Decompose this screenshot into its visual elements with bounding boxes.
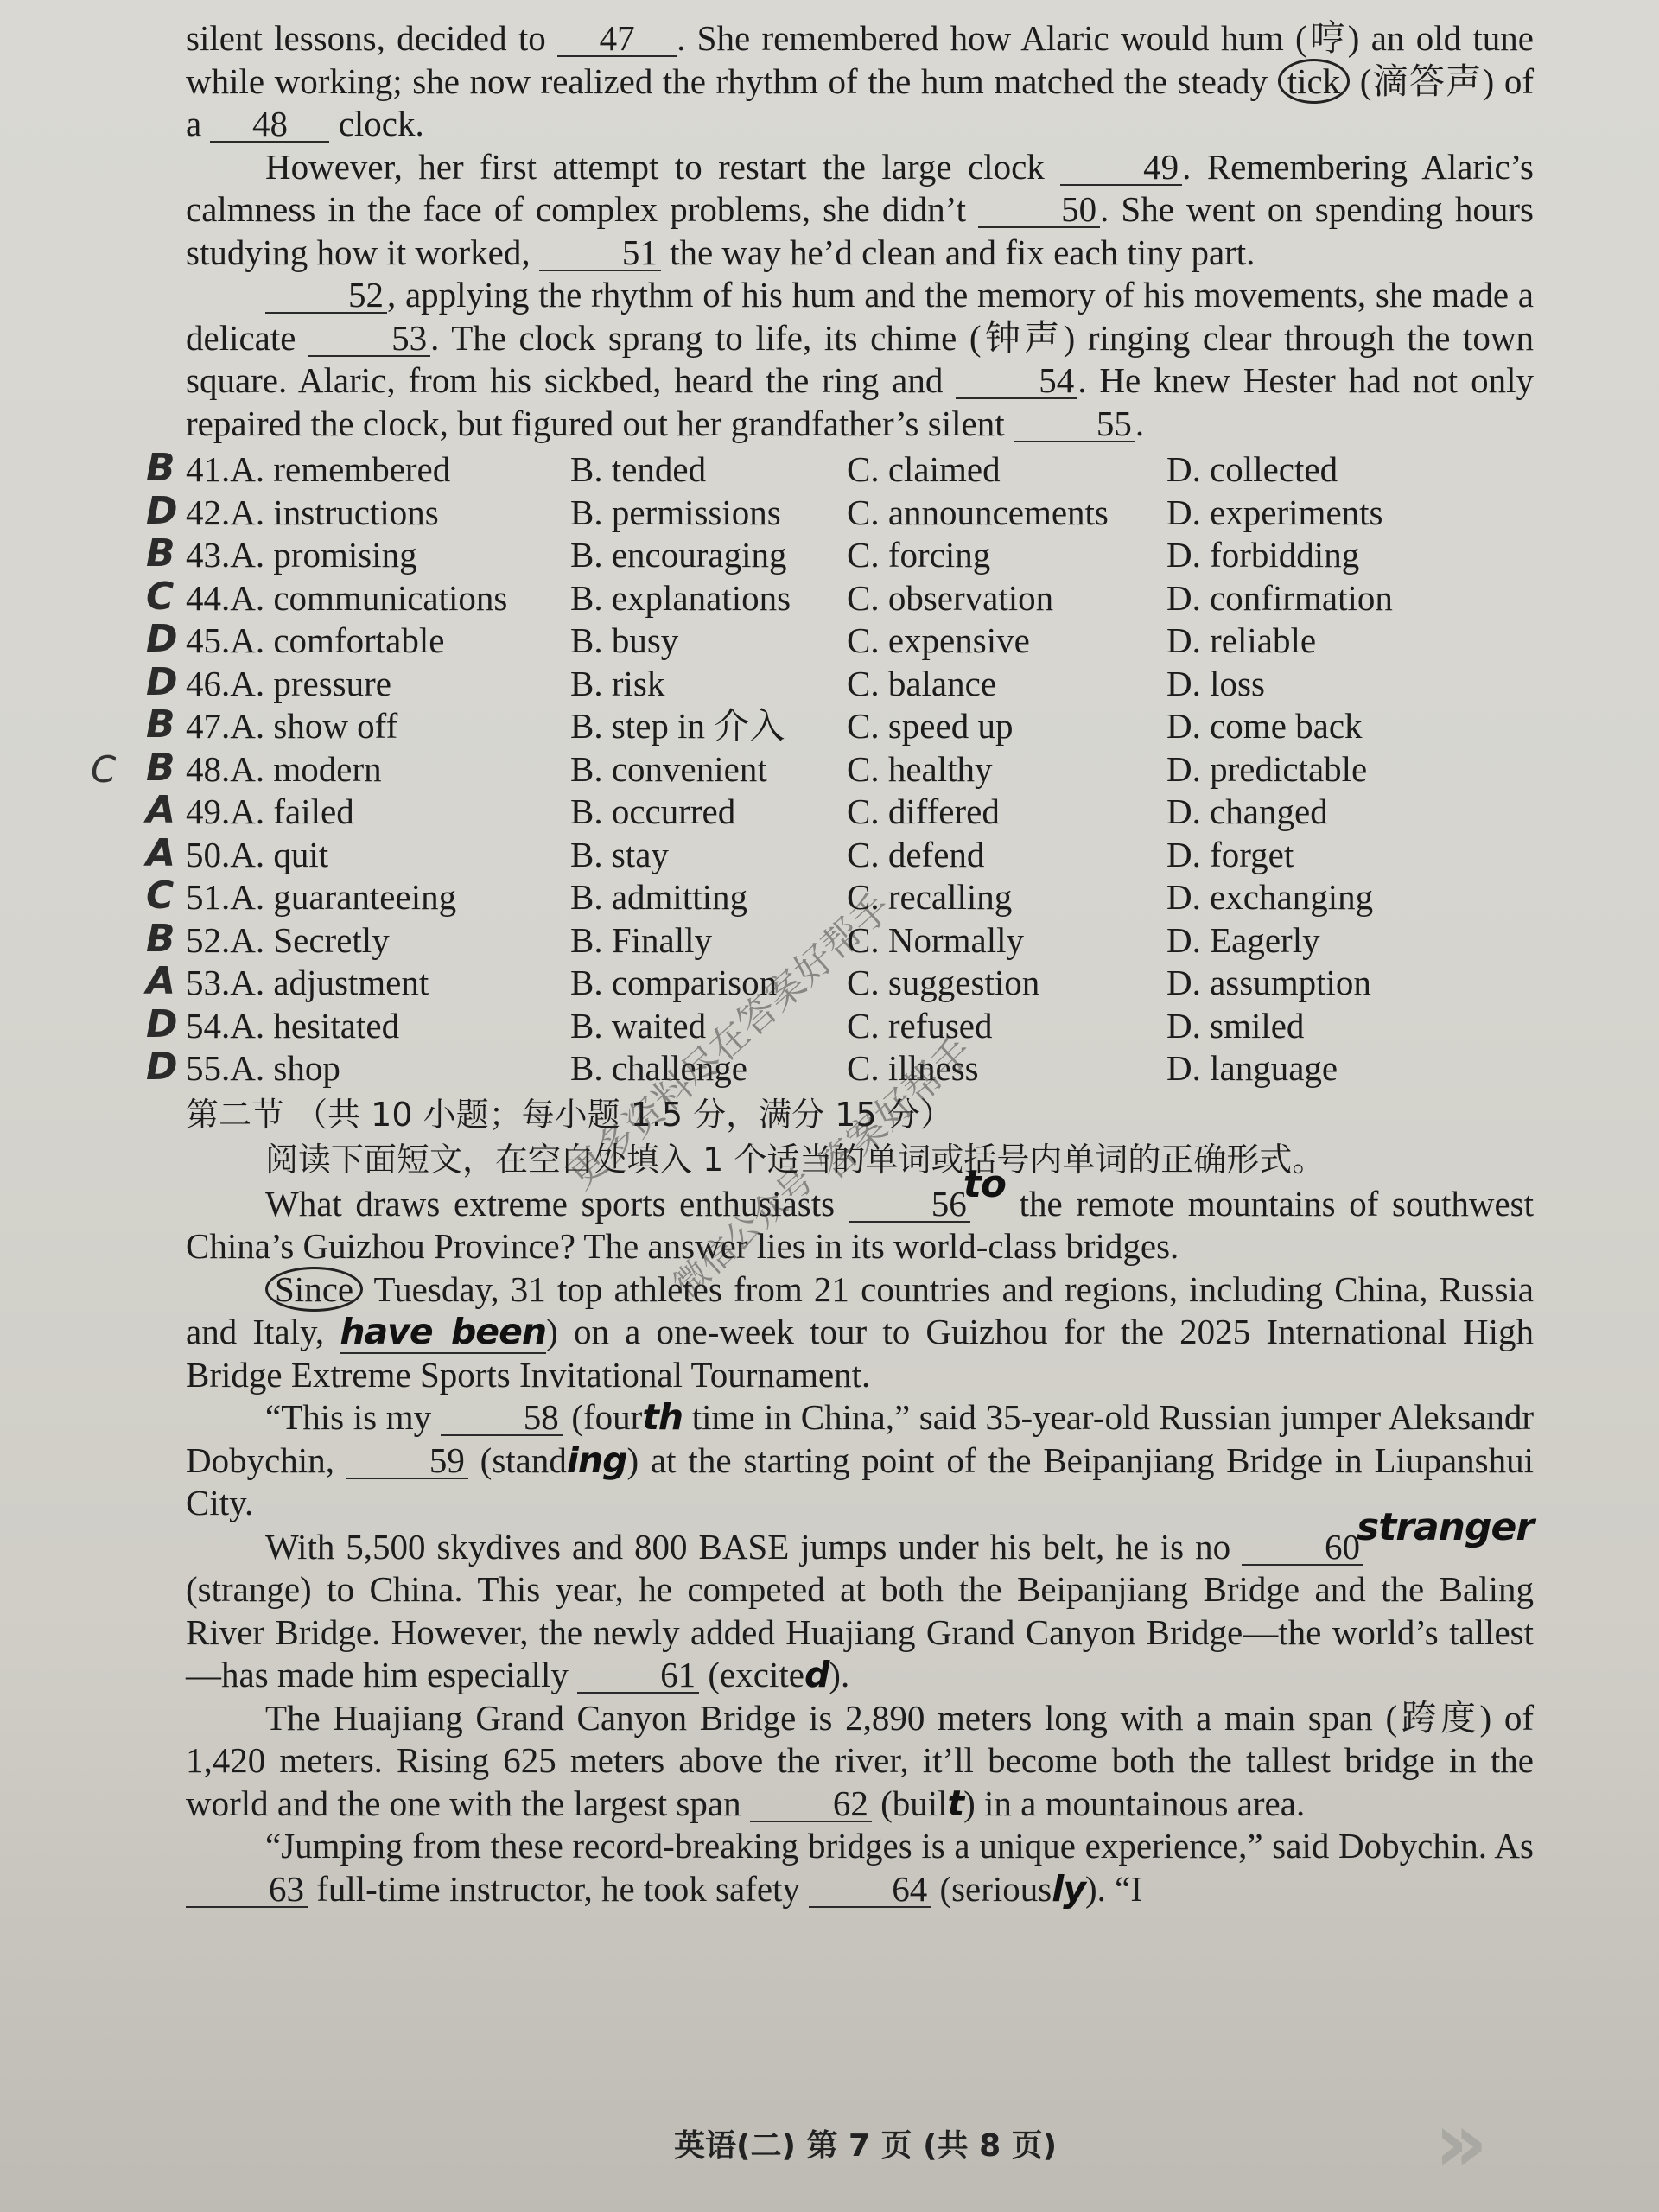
handwritten-answer-58: th bbox=[642, 1396, 683, 1438]
option-row-49: A49.A. failed bbox=[186, 791, 570, 834]
option-a: A. instructions bbox=[230, 493, 438, 532]
option-a: A. Secretly bbox=[230, 920, 389, 960]
option-b: B. tended bbox=[570, 448, 847, 492]
option-d: D. Eagerly bbox=[1166, 919, 1478, 963]
option-a: A. adjustment bbox=[230, 963, 429, 1002]
option-d: D. assumption bbox=[1166, 962, 1478, 1005]
exam-page: silent lessons, decided to 47. She remem… bbox=[186, 17, 1534, 1910]
option-c: C. healthy bbox=[847, 748, 1166, 791]
handwritten-answer-64: ly bbox=[1052, 1868, 1085, 1910]
handwritten-answer-mark: B bbox=[146, 747, 175, 790]
option-row-55: D55.A. shop bbox=[186, 1047, 570, 1090]
passage-a-paragraph-1: silent lessons, decided to 47. She remem… bbox=[186, 17, 1534, 146]
option-b: B. convenient bbox=[570, 748, 847, 791]
answer-options-grid: B41.A. rememberedB. tendedC. claimedD. c… bbox=[186, 448, 1534, 1090]
option-row-48: BC48.A. modern bbox=[186, 748, 570, 791]
option-c: C. recalling bbox=[847, 876, 1166, 919]
question-number: 44. bbox=[186, 578, 230, 618]
handwritten-answer-60: stranger bbox=[1357, 1505, 1534, 1549]
blank-50: 50 bbox=[978, 192, 1100, 228]
question-number: 42. bbox=[186, 493, 230, 532]
blank-56: 56 bbox=[849, 1186, 970, 1223]
option-d: D. experiments bbox=[1166, 492, 1478, 535]
option-b: B. challenge bbox=[570, 1047, 847, 1090]
passage-b-paragraph-5: The Huajiang Grand Canyon Bridge is 2,89… bbox=[186, 1697, 1534, 1826]
blank-55: 55 bbox=[1014, 406, 1135, 442]
passage-b-paragraph-3: “This is my 58 (fourth time in China,” s… bbox=[186, 1396, 1534, 1525]
passage-a-paragraph-3: 52, applying the rhythm of his hum and t… bbox=[186, 274, 1534, 445]
blank-48: 48 bbox=[210, 106, 329, 143]
option-b: B. occurred bbox=[570, 791, 847, 834]
question-number: 52. bbox=[186, 920, 230, 960]
page-footer: 英语(二) 第 7 页 (共 8 页) bbox=[674, 2121, 1057, 2165]
blank-51: 51 bbox=[539, 235, 661, 271]
option-b: B. comparison bbox=[570, 962, 847, 1005]
handwritten-answer-61: d bbox=[804, 1654, 829, 1695]
option-c: C. expensive bbox=[847, 620, 1166, 663]
question-number: 50. bbox=[186, 835, 230, 874]
option-b: B. permissions bbox=[570, 492, 847, 535]
question-number: 51. bbox=[186, 877, 230, 917]
option-c: C. announcements bbox=[847, 492, 1166, 535]
option-a: A. guaranteeing bbox=[230, 877, 456, 917]
option-row-42: D42.A. instructions bbox=[186, 492, 570, 535]
blank-52: 52 bbox=[265, 277, 387, 314]
section-2-heading: 第二节 （共 10 小题；每小题 1.5 分，满分 15 分） bbox=[186, 1092, 1534, 1137]
question-number: 54. bbox=[186, 1006, 230, 1046]
option-row-51: C51.A. guaranteeing bbox=[186, 876, 570, 919]
option-b: B. encouraging bbox=[570, 534, 847, 577]
option-a: A. shop bbox=[230, 1048, 340, 1088]
option-c: C. speed up bbox=[847, 705, 1166, 748]
double-chevron-right-icon: » bbox=[1434, 2101, 1472, 2184]
blank-54: 54 bbox=[956, 363, 1077, 399]
blank-53: 53 bbox=[308, 321, 430, 357]
option-d: D. predictable bbox=[1166, 748, 1478, 791]
option-row-50: A50.A. quit bbox=[186, 834, 570, 877]
blank-59: 59 bbox=[346, 1443, 468, 1479]
option-row-41: B41.A. remembered bbox=[186, 448, 570, 492]
handwritten-answer-mark: A bbox=[146, 960, 175, 1003]
option-b: B. busy bbox=[570, 620, 847, 663]
option-c: C. claimed bbox=[847, 448, 1166, 492]
question-number: 55. bbox=[186, 1048, 230, 1088]
question-number: 43. bbox=[186, 535, 230, 575]
handwritten-answer-57: have been bbox=[340, 1311, 546, 1354]
option-row-43: B43.A. promising bbox=[186, 534, 570, 577]
question-number: 45. bbox=[186, 620, 230, 660]
passage-b-paragraph-1: What draws extreme sports enthusiasts 56… bbox=[186, 1182, 1534, 1268]
option-c: C. refused bbox=[847, 1005, 1166, 1048]
option-a: A. quit bbox=[230, 835, 328, 874]
option-row-44: C44.A. communications bbox=[186, 577, 570, 620]
option-a: A. communications bbox=[230, 578, 507, 618]
option-a: A. promising bbox=[230, 535, 416, 575]
option-d: D. exchanging bbox=[1166, 876, 1478, 919]
option-a: A. hesitated bbox=[230, 1006, 399, 1046]
question-number: 48. bbox=[186, 749, 230, 789]
handwritten-answer-56: to bbox=[963, 1162, 1006, 1206]
option-row-45: D45.A. comfortable bbox=[186, 620, 570, 663]
option-d: D. changed bbox=[1166, 791, 1478, 834]
passage-a-paragraph-2: However, her first attempt to restart th… bbox=[186, 146, 1534, 275]
blank-49: 49 bbox=[1060, 149, 1182, 186]
blank-58: 58 bbox=[441, 1400, 563, 1436]
option-a: A. comfortable bbox=[230, 620, 444, 660]
option-row-47: B47.A. show off bbox=[186, 705, 570, 748]
option-row-46: D46.A. pressure bbox=[186, 663, 570, 706]
question-number: 41. bbox=[186, 449, 230, 489]
handwritten-answer-mark: B bbox=[146, 532, 175, 575]
question-number: 46. bbox=[186, 664, 230, 703]
blank-47: 47 bbox=[557, 21, 677, 57]
option-b: B. explanations bbox=[570, 577, 847, 620]
handwritten-answer-mark: C bbox=[146, 575, 174, 619]
option-c: C. Normally bbox=[847, 919, 1166, 963]
option-c: C. forcing bbox=[847, 534, 1166, 577]
question-number: 53. bbox=[186, 963, 230, 1002]
passage-b-paragraph-2: Since Tuesday, 31 top athletes from 21 c… bbox=[186, 1268, 1534, 1397]
option-a: A. failed bbox=[230, 791, 353, 831]
option-b: B. stay bbox=[570, 834, 847, 877]
handwritten-answer-mark: B bbox=[146, 447, 175, 490]
option-d: D. smiled bbox=[1166, 1005, 1478, 1048]
option-c: C. observation bbox=[847, 577, 1166, 620]
option-c: C. defend bbox=[847, 834, 1166, 877]
handwritten-answer-62: t bbox=[948, 1783, 964, 1824]
option-row-54: D54.A. hesitated bbox=[186, 1005, 570, 1048]
option-d: D. language bbox=[1166, 1047, 1478, 1090]
option-c: C. suggestion bbox=[847, 962, 1166, 1005]
option-row-53: A53.A. adjustment bbox=[186, 962, 570, 1005]
option-d: D. confirmation bbox=[1166, 577, 1478, 620]
option-a: A. remembered bbox=[230, 449, 450, 489]
option-a: A. pressure bbox=[230, 664, 391, 703]
option-c: C. differed bbox=[847, 791, 1166, 834]
option-c: C. illness bbox=[847, 1047, 1166, 1090]
option-b: B. Finally bbox=[570, 919, 847, 963]
handwritten-answer-mark: D bbox=[146, 1046, 178, 1089]
option-b: B. step in 介入 bbox=[570, 705, 847, 748]
option-b: B. admitting bbox=[570, 876, 847, 919]
option-b: B. risk bbox=[570, 663, 847, 706]
handwritten-answer-mark: D bbox=[146, 490, 178, 533]
option-row-52: B52.A. Secretly bbox=[186, 919, 570, 963]
blank-62: 62 bbox=[750, 1786, 872, 1822]
option-d: D. collected bbox=[1166, 448, 1478, 492]
handwritten-answer-mark: A bbox=[146, 789, 175, 832]
option-d: D. loss bbox=[1166, 663, 1478, 706]
circled-word-tick: tick bbox=[1278, 59, 1350, 104]
handwritten-answer-mark: D bbox=[146, 618, 178, 661]
option-a: A. show off bbox=[230, 706, 397, 746]
option-d: D. forbidding bbox=[1166, 534, 1478, 577]
question-number: 49. bbox=[186, 791, 230, 831]
question-number: 47. bbox=[186, 706, 230, 746]
handwritten-answer-mark: B bbox=[146, 703, 175, 747]
passage-b-paragraph-6: “Jumping from these record-breaking brid… bbox=[186, 1825, 1534, 1910]
handwritten-answer-mark: D bbox=[146, 661, 178, 704]
option-b: B. waited bbox=[570, 1005, 847, 1048]
option-d: D. come back bbox=[1166, 705, 1478, 748]
handwritten-answer-mark: A bbox=[146, 832, 175, 875]
handwritten-extra-mark: C bbox=[91, 748, 116, 791]
handwritten-answer-mark: C bbox=[146, 874, 174, 918]
option-d: D. reliable bbox=[1166, 620, 1478, 663]
handwritten-answer-59: ing bbox=[567, 1440, 627, 1481]
blank-63: 63 bbox=[186, 1872, 308, 1908]
circled-word-since: Since bbox=[265, 1267, 363, 1312]
passage-b-paragraph-4: With 5,500 skydives and 800 BASE jumps u… bbox=[186, 1525, 1534, 1697]
blank-61: 61 bbox=[577, 1657, 699, 1694]
blank-64: 64 bbox=[809, 1872, 931, 1908]
section-2-instruction: 阅读下面短文，在空白处填入 1 个适当的单词或括号内单词的正确形式。 bbox=[186, 1137, 1534, 1182]
handwritten-answer-mark: B bbox=[146, 918, 175, 961]
blank-60: 60 bbox=[1242, 1529, 1363, 1566]
handwritten-answer-mark: D bbox=[146, 1003, 178, 1046]
option-c: C. balance bbox=[847, 663, 1166, 706]
option-a: A. modern bbox=[230, 749, 381, 789]
option-d: D. forget bbox=[1166, 834, 1478, 877]
